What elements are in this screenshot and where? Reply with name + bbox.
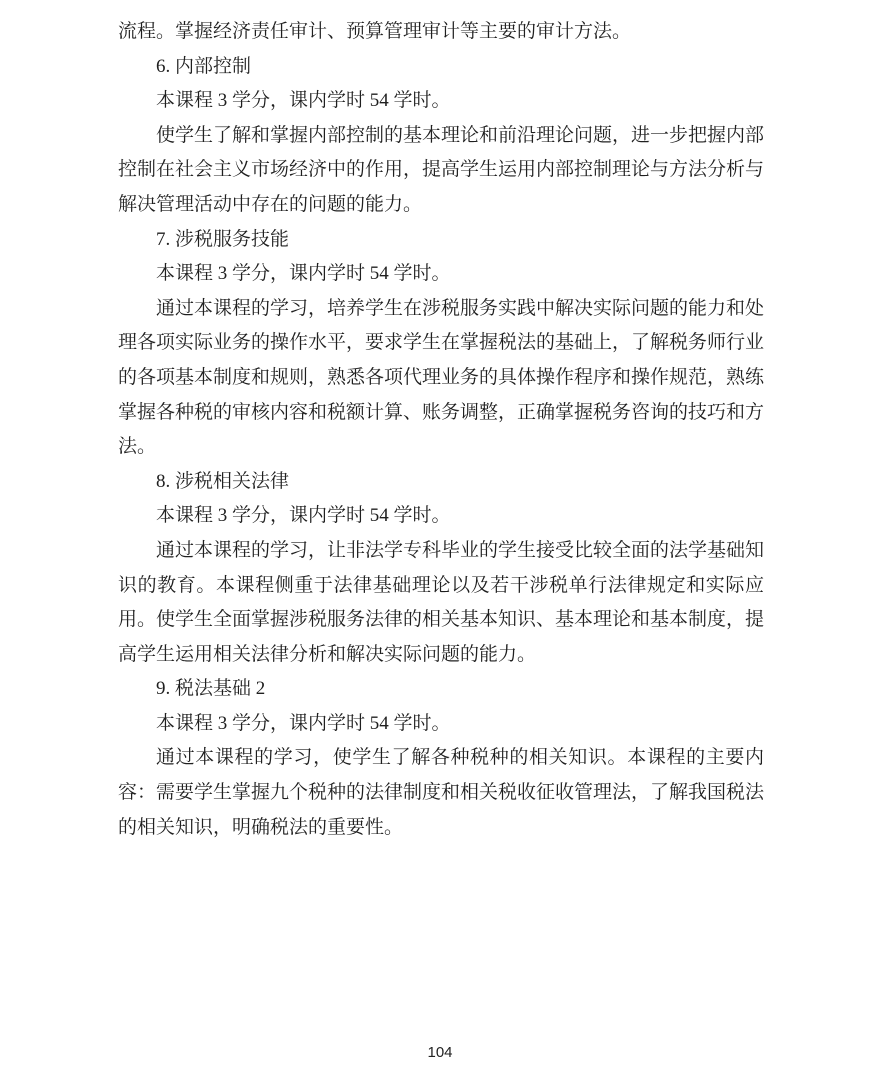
section-description: 通过本课程的学习，培养学生在涉税服务实践中解决实际问题的能力和处理各项实际业务的… [118, 292, 764, 465]
section-credits: 本课程 3 学分，课内学时 54 学时。 [118, 707, 764, 742]
page-content: 流程。掌握经济责任审计、预算管理审计等主要的审计方法。 6. 内部控制 本课程 … [118, 15, 764, 845]
section-heading: 6. 内部控制 [118, 50, 764, 85]
section-description: 通过本课程的学习，使学生了解各种税种的相关知识。本课程的主要内容：需要学生掌握九… [118, 741, 764, 845]
section-credits: 本课程 3 学分，课内学时 54 学时。 [118, 499, 764, 534]
section-heading: 8. 涉税相关法律 [118, 465, 764, 500]
section-heading: 7. 涉税服务技能 [118, 223, 764, 258]
section-description: 使学生了解和掌握内部控制的基本理论和前沿理论问题，进一步把握内部控制在社会主义市… [118, 119, 764, 223]
section-heading: 9. 税法基础 2 [118, 672, 764, 707]
page-number: 104 [0, 1044, 880, 1061]
document-page: 流程。掌握经济责任审计、预算管理审计等主要的审计方法。 6. 内部控制 本课程 … [0, 0, 880, 1084]
section-description: 通过本课程的学习，让非法学专科毕业的学生接受比较全面的法学基础知识的教育。本课程… [118, 534, 764, 672]
section-credits: 本课程 3 学分，课内学时 54 学时。 [118, 257, 764, 292]
section-credits: 本课程 3 学分，课内学时 54 学时。 [118, 84, 764, 119]
continuation-paragraph: 流程。掌握经济责任审计、预算管理审计等主要的审计方法。 [118, 15, 764, 50]
